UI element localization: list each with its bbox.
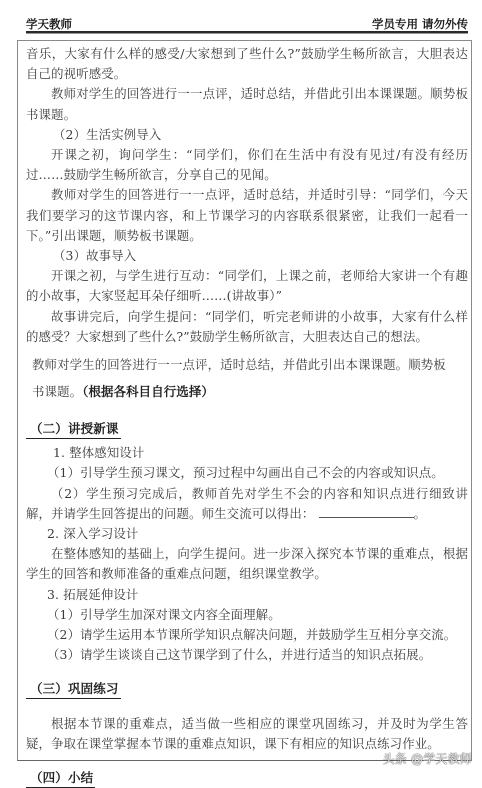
intro-paragraph-2: 教师对学生的回答进行一一点评，适时总结，并借此引出本课课题。顺势板书课题。 [26,84,468,124]
section-2-s1-item-1: （1）引导学生预习课文，预习过程中勾画出自己不会的内容或知识点。 [26,463,468,483]
intro-item3-paragraph-2: 故事讲完后，向学生提问：“同学们，听完老师讲的小故事，大家有什么样的感受？大家想… [26,307,468,347]
section-2-s3-item-2: （2）请学生运用本节课所学知识点解决问题，并鼓励学生互相分享交流。 [26,625,468,645]
fill-in-blank [319,505,414,518]
section-2-s2-title: 2. 深入学习设计 [26,524,468,544]
intro-item2-title: （2）生活实例导入 [26,125,468,145]
page-header: 学天教师 学员专用 请勿外传 [26,10,468,32]
header-brand: 学天教师 [26,16,72,32]
intro-item3-title: （3）故事导入 [26,246,468,266]
section-3-heading-row: （三）巩固练习 [26,679,468,699]
intro-item2-paragraph-1: 开课之初，询问学生：“同学们，你们在生活中有没有见过/有没有经历过……鼓励学生畅… [26,145,468,185]
intro-summary-line-1: 教师对学生的回答进行一一点评，适时总结，并借此引出本课课题。顺势板 [26,351,468,378]
section-2-s1-item-2-end: 。 [414,506,427,521]
section-2-s2-paragraph: 在整体感知的基础上，向学生提问。进一步深入探究本节课的重难点，根据学生的回答和教… [26,544,468,584]
intro-summary-line-2: 书课题。（根据各科目自行选择） [26,378,468,405]
header-divider [26,31,468,34]
section-2-s1-title: 1. 整体感知设计 [26,443,468,463]
intro-item2-paragraph-2: 教师对学生的回答进行一一点评，适时总结，并适时引导：“同学们，今天我们要学习的这… [26,185,468,246]
document-body: 音乐，大家有什么样的感受/大家想到了些什么?”鼓励学生畅所欲言，大胆表达自己的视… [26,44,468,788]
section-4-heading-row: （四）小结 [26,768,468,788]
section-2-heading-row: （二）讲授新课 [26,419,468,439]
section-4-heading: （四）小结 [26,769,95,788]
section-3-heading: （三）巩固练习 [26,680,121,699]
intro-paragraph-1: 音乐，大家有什么样的感受/大家想到了些什么?”鼓励学生畅所欲言，大胆表达自己的视… [26,44,468,84]
section-2-s1-item-2: （2）学生预习完成后，教师首先对学生不会的内容和知识点进行细致讲解，并请学生回答… [26,484,468,524]
section-2-s3-item-1: （1）引导学生加深对课文内容全面理解。 [26,605,468,625]
section-2-s3-title: 3. 拓展延伸设计 [26,585,468,605]
intro-item3-paragraph-1: 开课之初，与学生进行互动：“同学们，上课之前，老师给大家讲一个有趣的小故事，大家… [26,266,468,306]
intro-summary-note: （根据各科目自行选择） [82,384,214,399]
intro-summary-text: 书课题。 [32,384,82,399]
section-3-paragraph: 根据本节课的重难点，适当做一些相应的课堂巩固练习，并及时为学生答疑，争取在课堂掌… [26,714,468,754]
section-2-s3-item-3: （3）请学生谈谈自己这节课学到了什么，并进行适当的知识点拓展。 [26,645,468,665]
watermark: 头条 @学天教师 [383,750,472,767]
section-2-heading: （二）讲授新课 [26,420,121,439]
header-notice: 学员专用 请勿外传 [372,16,468,32]
